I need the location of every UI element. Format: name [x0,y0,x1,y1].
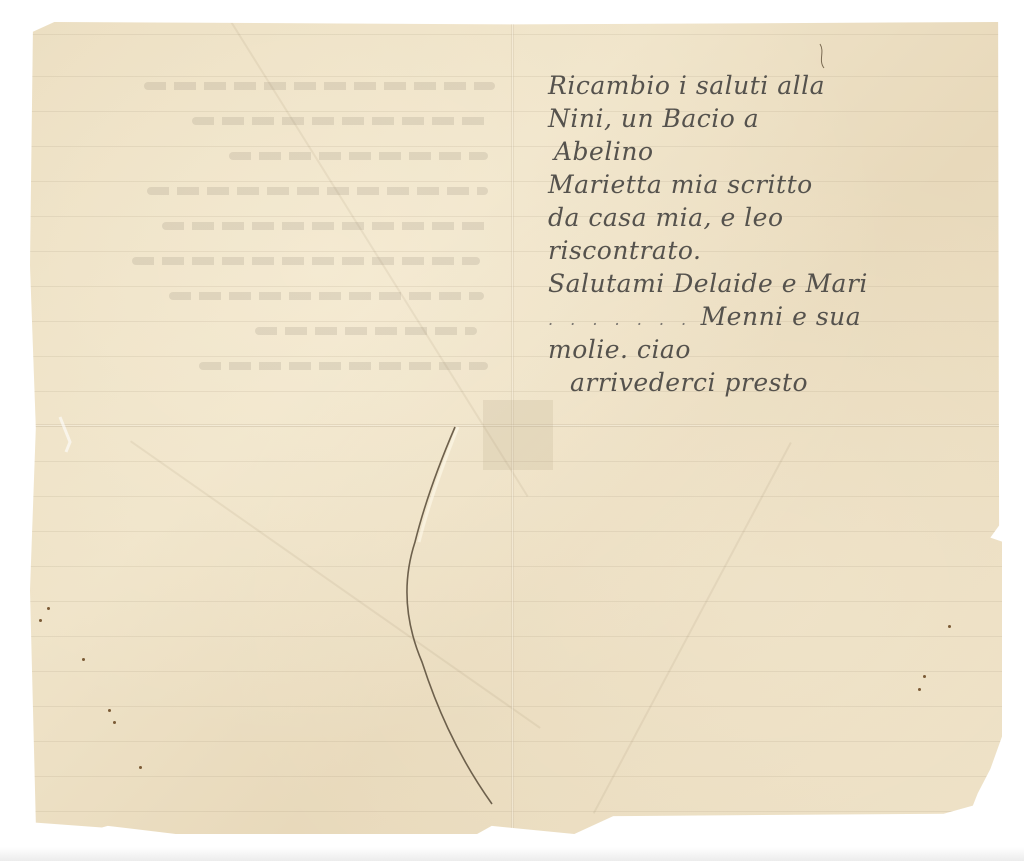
bleed-through-text [125,82,495,397]
ink-spot [948,625,951,628]
ink-spot [113,721,116,724]
ink-spot [108,709,111,712]
ink-spot [39,619,42,622]
letter-line-8-text: Menni e sua [701,302,862,331]
dotted-placeholder: . . . . . . . [548,310,692,329]
ink-spot [139,766,142,769]
letter-line-4: Marietta mia scritto [548,168,988,201]
letter-line-10: arrivederci presto [548,366,988,399]
letter-line-7: Salutami Delaide e Mari [548,267,988,300]
fold-discoloration [483,400,553,470]
letter-line-5: da casa mia, e leo [548,201,988,234]
letter-line-8: . . . . . . . Menni e sua [548,300,988,333]
letter-line-3: Abelino [548,135,988,168]
scanner-edge [0,847,1024,861]
letter-line-6: riscontrato. [548,234,988,267]
letter-line-2: Nini, un Bacio a [548,102,988,135]
scanned-letter: Ricambio i saluti alla Nini, un Bacio a … [0,0,1024,861]
ink-spot [923,675,926,678]
paper-sheet: Ricambio i saluti alla Nini, un Bacio a … [30,22,1002,834]
ink-spot [918,688,921,691]
letter-line-9: molie. ciao [548,333,988,366]
handwritten-text: Ricambio i saluti alla Nini, un Bacio a … [548,69,988,399]
letter-line-1: Ricambio i saluti alla [548,69,988,102]
ink-spot [82,658,85,661]
ink-spot [47,607,50,610]
